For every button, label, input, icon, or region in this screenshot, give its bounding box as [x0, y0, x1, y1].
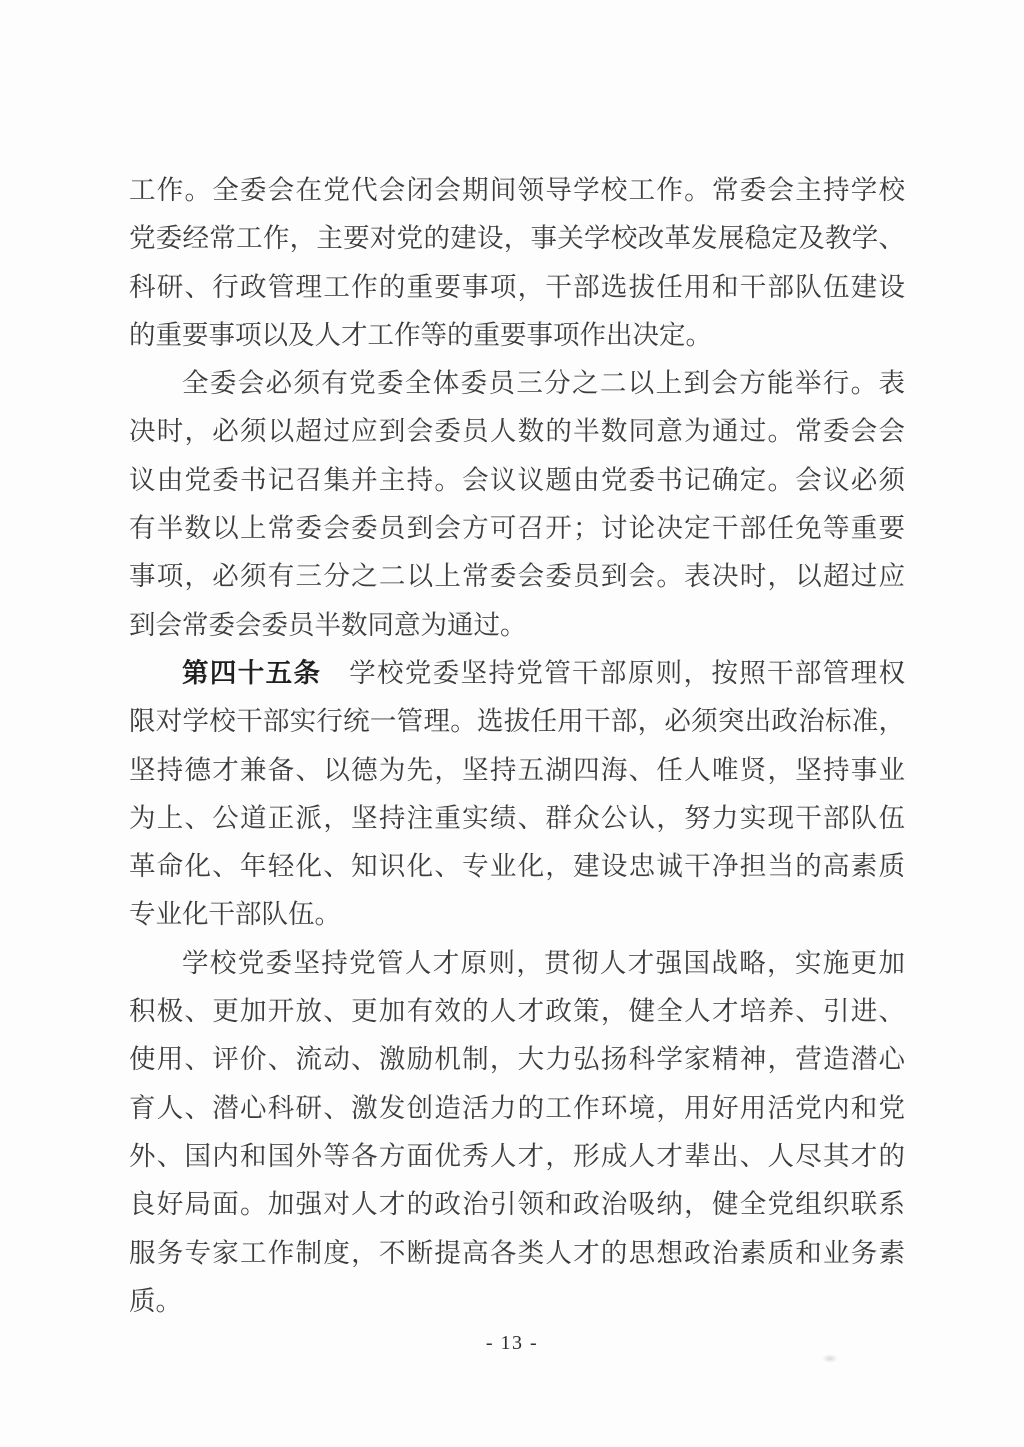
text-block: 工作。全委会在党代会闭会期间领导学校工作。常委会主持学校党委经常工作，主要对党的… [129, 166, 905, 1325]
text-line: 服务专家工作制度，不断提高各类人才的思想政治素质和业务素 [129, 1229, 905, 1277]
text-line: 决时，必须以超过应到会委员人数的半数同意为通过。常委会会 [129, 407, 905, 455]
text-line: 有半数以上常委会委员到会方可召开；讨论决定干部任免等重要 [129, 504, 905, 552]
text-line: 事项，必须有三分之二以上常委会委员到会。表决时，以超过应 [129, 552, 905, 600]
text-line: 积极、更加开放、更加有效的人才政策，健全人才培养、引进、 [129, 987, 905, 1035]
scan-smudge [822, 1354, 838, 1363]
page-number: - 13 - [129, 1332, 895, 1355]
text-line: 第四十五条 学校党委坚持党管干部原则，按照干部管理权 [129, 649, 905, 697]
text-line: 的重要事项以及人才工作等的重要事项作出决定。 [129, 311, 905, 359]
text-line: 党委经常工作，主要对党的建设，事关学校改革发展稳定及教学、 [129, 214, 905, 262]
text-line: 为上、公道正派，坚持注重实绩、群众公认，努力实现干部队伍 [129, 794, 905, 842]
text-line: 全委会必须有党委全体委员三分之二以上到会方能举行。表 [129, 359, 905, 407]
document-page: 工作。全委会在党代会闭会期间领导学校工作。常委会主持学校党委经常工作，主要对党的… [0, 0, 1024, 1447]
text-line: 议由党委书记召集并主持。会议议题由党委书记确定。会议必须 [129, 456, 905, 504]
text-line: 外、国内和国外等各方面优秀人才，形成人才辈出、人尽其才的 [129, 1132, 905, 1180]
text-line: 科研、行政管理工作的重要事项，干部选拔任用和干部队伍建设 [129, 263, 905, 311]
text-line: 限对学校干部实行统一管理。选拔任用干部，必须突出政治标准， [129, 697, 905, 745]
text-line: 学校党委坚持党管人才原则，贯彻人才强国战略，实施更加 [129, 939, 905, 987]
article-text: 学校党委坚持党管干部原则，按照干部管理权 [321, 658, 905, 688]
article-number: 第四十五条 [182, 658, 321, 688]
text-line: 到会常委会委员半数同意为通过。 [129, 601, 905, 649]
text-line: 革命化、年轻化、知识化、专业化，建设忠诚干净担当的高素质 [129, 842, 905, 890]
text-line: 专业化干部队伍。 [129, 890, 905, 938]
text-line: 育人、潜心科研、激发创造活力的工作环境，用好用活党内和党 [129, 1084, 905, 1132]
text-line: 质。 [129, 1277, 905, 1325]
text-line: 工作。全委会在党代会闭会期间领导学校工作。常委会主持学校 [129, 166, 905, 214]
text-line: 良好局面。加强对人才的政治引领和政治吸纳，健全党组织联系 [129, 1180, 905, 1228]
text-line: 坚持德才兼备、以德为先，坚持五湖四海、任人唯贤，坚持事业 [129, 746, 905, 794]
text-line: 使用、评价、流动、激励机制，大力弘扬科学家精神，营造潜心 [129, 1035, 905, 1083]
